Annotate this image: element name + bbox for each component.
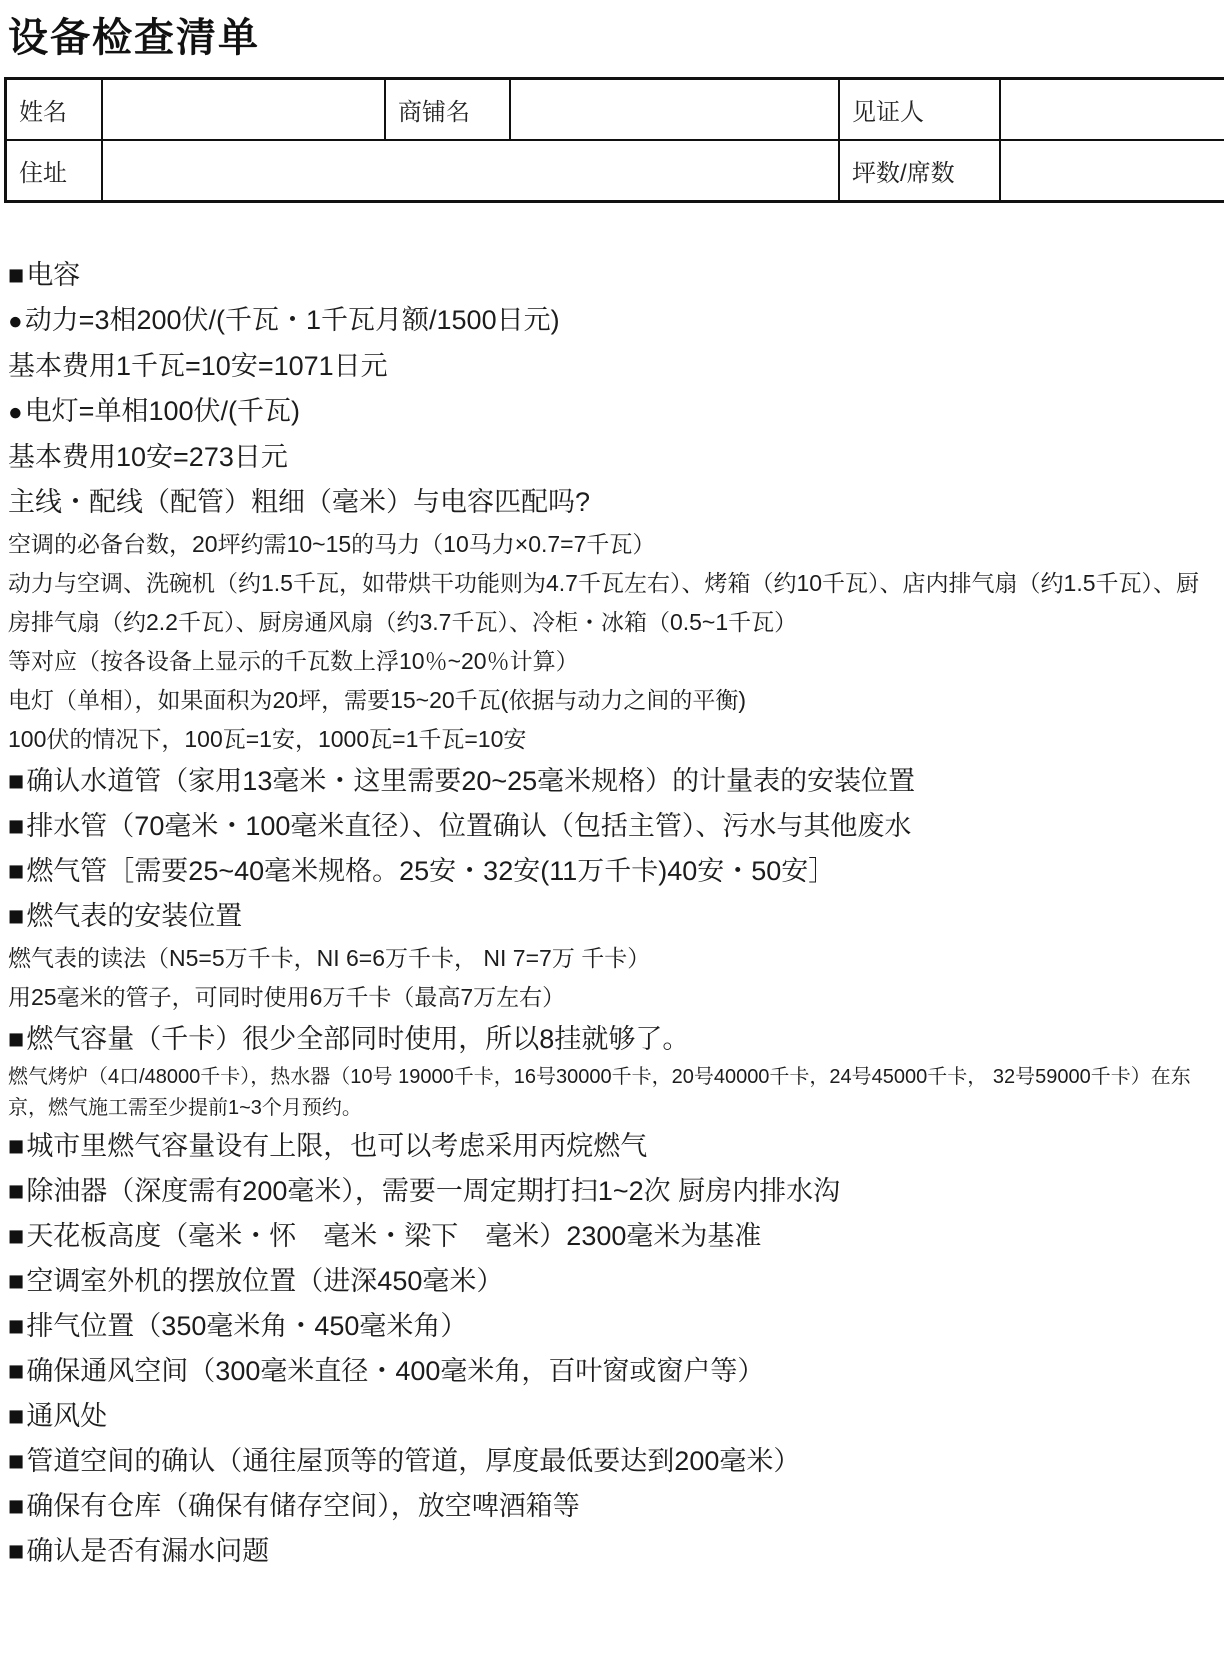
checklist-line-text: 100伏的情况下，100瓦=1安，1000瓦=1千瓦=10安	[8, 726, 526, 752]
checklist-line: ■确认是否有漏水问题	[8, 1529, 1218, 1574]
checklist-line-text: 确保有仓库（确保有储存空间），放空啤酒箱等	[26, 1491, 580, 1521]
shop-input-cell[interactable]	[510, 79, 839, 141]
filled-circle-marker-icon: ●	[8, 399, 23, 426]
form-row-1: 姓名 商铺名 见证人	[6, 79, 1224, 141]
checklist-line: ●电灯=单相100伏/(千瓦)	[8, 389, 1218, 435]
address-input-cell[interactable]	[102, 140, 839, 202]
filled-square-marker-icon: ■	[8, 1024, 24, 1054]
checklist-line-text: 排气位置（350毫米角・450毫米角）	[26, 1311, 467, 1341]
checklist-line-text: 用25毫米的管子，可同时使用6万千卡（最高7万左右）	[8, 984, 565, 1010]
filled-square-marker-icon: ■	[8, 766, 24, 796]
checklist-line-text: 管道空间的确认（通往屋顶等的管道，厚度最低要达到200毫米）	[26, 1446, 800, 1476]
filled-square-marker-icon: ■	[8, 901, 24, 931]
checklist-line: ■电容	[8, 253, 1218, 298]
checklist-line-text: 天花板高度（毫米・怀 毫米・梁下 毫米）2300毫米为基准	[26, 1221, 761, 1251]
name-input-cell[interactable]	[102, 79, 385, 141]
checklist-line-text: 通风处	[26, 1401, 107, 1431]
checklist-line: 用25毫米的管子，可同时使用6万千卡（最高7万左右）	[8, 978, 1218, 1017]
checklist-line: ■通风处	[8, 1394, 1218, 1439]
checklist-line: 燃气烤炉（4口/48000千卡），热水器（10号 19000千卡，16号3000…	[8, 1062, 1218, 1124]
filled-square-marker-icon: ■	[8, 1311, 24, 1341]
area-input-cell[interactable]	[1000, 140, 1224, 202]
checklist-line-text: 主线・配线（配管）粗细（毫米）与电容匹配吗?	[8, 487, 590, 517]
checklist-line: ■除油器（深度需有200毫米），需要一周定期打扫1~2次 厨房内排水沟	[8, 1169, 1218, 1214]
checklist-line: ■燃气管［需要25~40毫米规格。25安・32安(11万千卡)40安・50安］	[8, 849, 1218, 894]
filled-square-marker-icon: ■	[8, 1356, 24, 1386]
checklist-line-text: 动力与空调、洗碗机（约1.5千瓦，如带烘干功能则为4.7千瓦左右）、烤箱（约10…	[8, 570, 1199, 635]
checklist-line-text: 城市里燃气容量设有上限，也可以考虑采用丙烷燃气	[26, 1131, 647, 1161]
checklist-line: ■排水管（70毫米・100毫米直径）、位置确认（包括主管）、污水与其他废水	[8, 804, 1218, 849]
address-label-cell: 住址	[6, 140, 103, 202]
checklist-line: 基本费用10安=273日元	[8, 435, 1218, 480]
page-title: 设备检查清单	[0, 0, 1224, 63]
checklist-line: 空调的必备台数，20坪约需10~15的马力（10马力×0.7=7千瓦）	[8, 525, 1218, 564]
filled-square-marker-icon: ■	[8, 260, 24, 290]
checklist-line: ■城市里燃气容量设有上限，也可以考虑采用丙烷燃气	[8, 1124, 1218, 1169]
checklist-line-text: 空调的必备台数，20坪约需10~15的马力（10马力×0.7=7千瓦）	[8, 531, 655, 557]
checklist-line: 主线・配线（配管）粗细（毫米）与电容匹配吗?	[8, 480, 1218, 525]
checklist: ■电容●动力=3相200伏/(千瓦・1千瓦月额/1500日元)基本费用1千瓦=1…	[8, 253, 1224, 1574]
checklist-line-text: 确保通风空间（300毫米直径・400毫米角，百叶窗或窗户等）	[26, 1356, 764, 1386]
checklist-line-text: 基本费用10安=273日元	[8, 442, 288, 472]
checklist-line-text: 电灯=单相100伏/(千瓦)	[25, 396, 300, 426]
checklist-line: ■燃气容量（千卡）很少全部同时使用，所以8挂就够了。	[8, 1017, 1218, 1062]
name-label-cell: 姓名	[6, 79, 103, 141]
filled-square-marker-icon: ■	[8, 1131, 24, 1161]
checklist-line-text: 燃气烤炉（4口/48000千卡），热水器（10号 19000千卡，16号3000…	[8, 1066, 1191, 1119]
checklist-line: ■确认水道管（家用13毫米・这里需要20~25毫米规格）的计量表的安装位置	[8, 759, 1218, 804]
checklist-line: 电灯（单相），如果面积为20坪，需要15~20千瓦(依据与动力之间的平衡)	[8, 681, 1218, 720]
filled-square-marker-icon: ■	[8, 1491, 24, 1521]
checklist-line: ■排气位置（350毫米角・450毫米角）	[8, 1304, 1218, 1349]
checklist-line: ■空调室外机的摆放位置（进深450毫米）	[8, 1259, 1218, 1304]
checklist-line: ■确保通风空间（300毫米直径・400毫米角，百叶窗或窗户等）	[8, 1349, 1218, 1394]
witness-label-cell: 见证人	[839, 79, 1000, 141]
checklist-line-text: 排水管（70毫米・100毫米直径）、位置确认（包括主管）、污水与其他废水	[26, 811, 911, 841]
checklist-line-text: 等对应（按各设备上显示的千瓦数上浮10％~20％计算）	[8, 648, 579, 674]
checklist-line: 基本费用1千瓦=10安=1071日元	[8, 344, 1218, 389]
checklist-line: 燃气表的读法（N5=5万千卡，NI 6=6万千卡， NI 7=7万 千卡）	[8, 939, 1218, 978]
filled-square-marker-icon: ■	[8, 811, 24, 841]
checklist-line-text: 燃气表的读法（N5=5万千卡，NI 6=6万千卡， NI 7=7万 千卡）	[8, 945, 650, 971]
checklist-line: 动力与空调、洗碗机（约1.5千瓦，如带烘干功能则为4.7千瓦左右）、烤箱（约10…	[8, 564, 1218, 642]
checklist-line-text: 燃气容量（千卡）很少全部同时使用，所以8挂就够了。	[26, 1024, 689, 1054]
checklist-line: ■管道空间的确认（通往屋顶等的管道，厚度最低要达到200毫米）	[8, 1439, 1218, 1484]
shop-label-cell: 商铺名	[385, 79, 510, 141]
checklist-line-text: 确认是否有漏水问题	[26, 1536, 269, 1566]
checklist-line-text: 电灯（单相），如果面积为20坪，需要15~20千瓦(依据与动力之间的平衡)	[8, 687, 746, 713]
checklist-line-text: 燃气管［需要25~40毫米规格。25安・32安(11万千卡)40安・50安］	[26, 856, 835, 886]
form-row-2: 住址 坪数/席数	[6, 140, 1224, 202]
checklist-line: ■确保有仓库（确保有储存空间），放空啤酒箱等	[8, 1484, 1218, 1529]
document-page: 设备检查清单 姓名 商铺名 见证人 住址 坪数/席数 ■电容●动力=3相200伏…	[0, 0, 1224, 1656]
checklist-line-text: 电容	[26, 260, 80, 290]
filled-circle-marker-icon: ●	[8, 308, 23, 335]
checklist-line: ■天花板高度（毫米・怀 毫米・梁下 毫米）2300毫米为基准	[8, 1214, 1218, 1259]
checklist-line: 100伏的情况下，100瓦=1安，1000瓦=1千瓦=10安	[8, 720, 1218, 759]
checklist-line: ●动力=3相200伏/(千瓦・1千瓦月额/1500日元)	[8, 298, 1218, 344]
checklist-line: ■燃气表的安装位置	[8, 894, 1218, 939]
checklist-line-text: 确认水道管（家用13毫米・这里需要20~25毫米规格）的计量表的安装位置	[26, 766, 915, 796]
filled-square-marker-icon: ■	[8, 1266, 24, 1296]
checklist-line-text: 基本费用1千瓦=10安=1071日元	[8, 351, 388, 381]
checklist-line-text: 除油器（深度需有200毫米），需要一周定期打扫1~2次 厨房内排水沟	[26, 1176, 840, 1206]
filled-square-marker-icon: ■	[8, 856, 24, 886]
header-form-table: 姓名 商铺名 见证人 住址 坪数/席数	[4, 77, 1224, 203]
checklist-line: 等对应（按各设备上显示的千瓦数上浮10％~20％计算）	[8, 642, 1218, 681]
filled-square-marker-icon: ■	[8, 1176, 24, 1206]
filled-square-marker-icon: ■	[8, 1401, 24, 1431]
filled-square-marker-icon: ■	[8, 1446, 24, 1476]
filled-square-marker-icon: ■	[8, 1536, 24, 1566]
checklist-line-text: 燃气表的安装位置	[26, 901, 242, 931]
checklist-line-text: 动力=3相200伏/(千瓦・1千瓦月额/1500日元)	[25, 305, 560, 335]
witness-input-cell[interactable]	[1000, 79, 1224, 141]
area-label-cell: 坪数/席数	[839, 140, 1000, 202]
checklist-line-text: 空调室外机的摆放位置（进深450毫米）	[26, 1266, 503, 1296]
filled-square-marker-icon: ■	[8, 1221, 24, 1251]
